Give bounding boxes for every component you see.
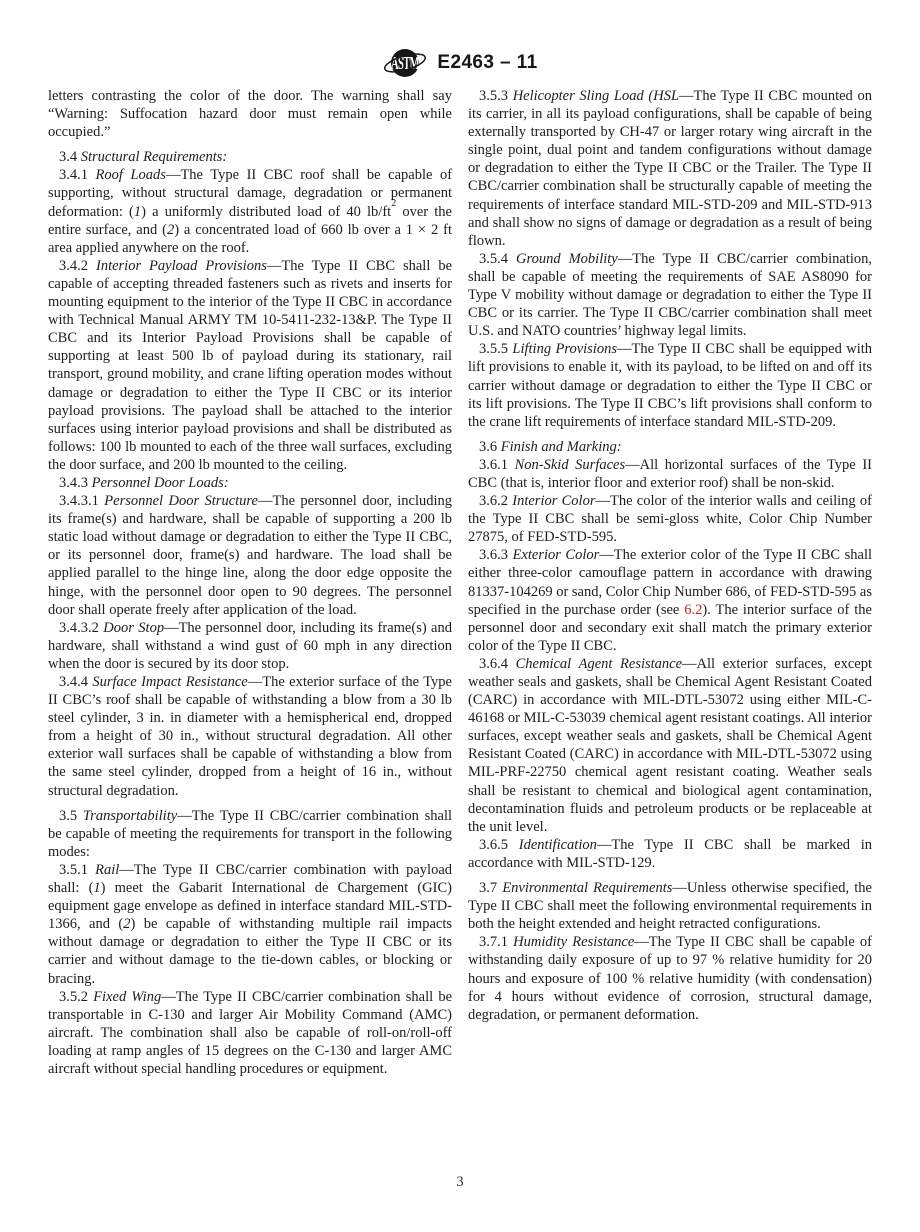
clause-title: Chemical Agent Resistance [516,656,682,672]
text-run: 3.4.2 [59,258,96,274]
clause-title: Rail [95,862,119,878]
text-run: —The exterior surface of the Type II CBC… [48,674,452,799]
paragraph: 3.6.5 Identification—The Type II CBC sha… [468,836,872,872]
clause-title: 2 [123,916,130,932]
clause-title: Surface Impact Resistance [92,674,247,690]
document-page: ASTM E2463 – 11 letters contrasting the … [0,0,920,1232]
text-columns: letters contrasting the color of the doo… [48,87,872,1078]
paragraph: 3.6.3 Exterior Color—The exterior color … [468,546,872,655]
svg-text:ASTM: ASTM [391,54,420,73]
paragraph: 3.6.4 Chemical Agent Resistance—All exte… [468,655,872,836]
paragraph: 3.4.2 Interior Payload Provisions—The Ty… [48,257,452,474]
paragraph: 3.4.4 Surface Impact Resistance—The exte… [48,673,452,800]
paragraph: 3.6.2 Interior Color—The color of the in… [468,492,872,546]
paragraph: 3.4.3.2 Door Stop—The personnel door, in… [48,619,452,673]
standard-designation: E2463 – 11 [437,52,537,74]
paragraph: letters contrasting the color of the doo… [48,87,452,141]
clause-title: Roof Loads [96,167,166,183]
text-run: —The Type II CBC shall be capable of acc… [48,258,452,473]
text-run: 3.7 [479,880,502,896]
paragraph: 3.4.3.1 Personnel Door Structure—The per… [48,492,452,619]
text-run: —The personnel door, including its frame… [48,493,452,618]
paragraph: 3.4.3 Personnel Door Loads: [48,474,452,492]
page-number: 3 [456,1174,463,1190]
paragraph: 3.5 Transportability—The Type II CBC/car… [48,807,452,861]
text-run: —The Type II CBC mounted on its carrier,… [468,88,872,249]
clause-title: Humidity Resistance [513,934,634,950]
text-run: letters contrasting the color of the doo… [48,88,452,140]
clause-title: Finish and Marking: [501,439,622,455]
paragraph: 3.6 Finish and Marking: [468,438,872,456]
paragraph: 3.5.2 Fixed Wing—The Type II CBC/carrier… [48,988,452,1078]
text-run: 3.5 [59,808,83,824]
text-run: 3.7.1 [479,934,513,950]
page-footer: 3 [0,1174,920,1191]
text-run: 3.5.4 [479,251,516,267]
paragraph: 3.5.1 Rail—The Type II CBC/carrier combi… [48,861,452,988]
clause-title: Ground Mobility [516,251,618,267]
clause-title: Personnel Door Structure [104,493,258,509]
text-run: 3.4.3.2 [59,620,103,636]
left-column: letters contrasting the color of the doo… [48,87,452,1078]
clause-title: Transportability [83,808,177,824]
paragraph: 3.6.1 Non-Skid Surfaces—All horizontal s… [468,456,872,492]
clause-title: Door Stop [103,620,164,636]
clause-title: 1 [93,880,100,896]
clause-title: Exterior Color [513,547,600,563]
text-run: ) a uniformly distributed load of 40 lb/… [141,204,391,220]
text-run: 3.5.3 [479,88,513,104]
text-run: —All exterior surfaces, except weather s… [468,656,872,835]
text-run: 3.6.4 [479,656,516,672]
paragraph: 3.4.1 Roof Loads—The Type II CBC roof sh… [48,166,452,256]
clause-title: Non-Skid Surfaces [515,457,626,473]
text-run: 3.5.5 [479,341,512,357]
clause-title: Interior Color [512,493,595,509]
paragraph: 3.7 Environmental Requirements—Unless ot… [468,879,872,933]
text-run: 3.4.3 [59,475,92,491]
clause-title: Identification [519,837,597,853]
text-run: 3.6.5 [479,837,519,853]
clause-title: Environmental Requirements [502,880,672,896]
text-run: 3.5.2 [59,989,93,1005]
paragraph: 3.7.1 Humidity Resistance—The Type II CB… [468,933,872,1023]
paragraph: 3.5.5 Lifting Provisions—The Type II CBC… [468,340,872,430]
text-run: 3.6 [479,439,501,455]
clause-title: Helicopter Sling Load (HSL [513,88,679,104]
text-run: 3.5.1 [59,862,95,878]
text-run: 3.4 [59,149,81,165]
text-run: 3.4.1 [59,167,96,183]
text-run: 3.6.2 [479,493,512,509]
page-header: ASTM E2463 – 11 [0,44,920,82]
clause-title: Personnel Door Loads: [92,475,229,491]
text-run: 3.6.3 [479,547,513,563]
astm-logo-icon: ASTM [382,44,428,82]
text-run: 3.4.4 [59,674,92,690]
superscript: 2 [391,198,396,209]
clause-title: Fixed Wing [93,989,161,1005]
clause-title: Structural Requirements: [81,149,227,165]
clause-title: Interior Payload Provisions [96,258,267,274]
paragraph: 3.5.4 Ground Mobility—The Type II CBC/ca… [468,250,872,340]
cross-reference-link[interactable]: 6.2 [684,602,702,618]
text-run: 3.4.3.1 [59,493,104,509]
clause-title: Lifting Provisions [512,341,617,357]
text-run: 3.6.1 [479,457,515,473]
right-column: 3.5.3 Helicopter Sling Load (HSL—The Typ… [468,87,872,1078]
paragraph: 3.4 Structural Requirements: [48,148,452,166]
paragraph: 3.5.3 Helicopter Sling Load (HSL—The Typ… [468,87,872,250]
